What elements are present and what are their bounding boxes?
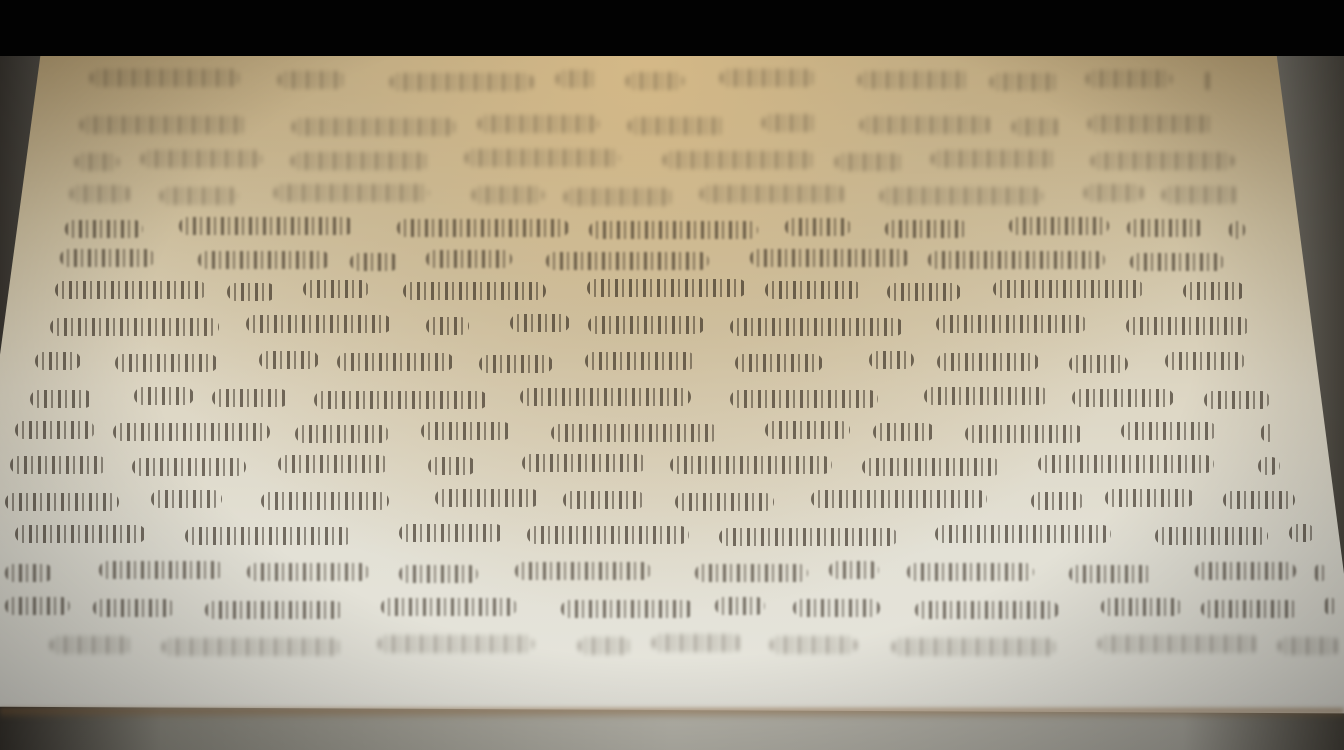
handwriting-word: [1183, 282, 1245, 300]
handwriting-word: [80, 116, 247, 134]
handwriting-word: [428, 457, 476, 475]
handwriting-word: [1204, 391, 1270, 409]
handwriting-word: [515, 562, 651, 580]
handwriting-word: [862, 458, 1001, 476]
handwriting-word: [1195, 562, 1296, 580]
handwriting-word: [378, 635, 534, 653]
handwriting-word: [715, 597, 765, 615]
handwriting-word: [426, 250, 512, 268]
handwriting-word: [873, 423, 935, 441]
handwriting-word: [907, 563, 1034, 581]
handwriting-word: [546, 252, 709, 270]
handwriting-word: [1091, 152, 1234, 170]
handwriting-word: [1261, 424, 1275, 442]
handwriting-word: [915, 601, 1059, 619]
handwriting-word: [246, 315, 392, 333]
handwriting-word: [700, 185, 846, 203]
handwriting-word: [15, 525, 146, 543]
handwriting-word: [212, 389, 289, 407]
handwriting-word: [585, 352, 696, 370]
handwriting-word: [5, 597, 70, 615]
handwriting-word: [60, 249, 155, 267]
handwriting-word: [1009, 217, 1109, 235]
handwriting-word: [397, 219, 569, 237]
handwriting-word: [588, 316, 705, 334]
handwriting-word: [113, 423, 270, 441]
handwriting-word: [652, 634, 742, 652]
handwriting-word: [478, 115, 599, 133]
handwriting-word: [278, 71, 345, 89]
handwriting-word: [931, 150, 1057, 168]
handwriting-word: [75, 153, 119, 171]
handwriting-word: [350, 253, 399, 271]
handwriting-word: [770, 636, 857, 654]
handwriting-word: [399, 565, 478, 583]
handwriting-word: [1201, 600, 1299, 618]
handwriting-word: [115, 354, 218, 372]
handwriting-word: [578, 637, 631, 655]
handwriting-word: [527, 526, 689, 544]
handwriting-word: [390, 73, 534, 91]
handwriting-word: [198, 251, 330, 269]
handwriting-word: [1229, 221, 1245, 239]
handwriting-word: [50, 318, 219, 336]
handwriting-word: [65, 220, 143, 238]
handwriting-word: [381, 598, 517, 616]
handwriting-word: [50, 636, 132, 654]
handwriting-word: [892, 638, 1056, 656]
handwriting-word: [35, 352, 81, 370]
handwriting-word: [15, 421, 95, 439]
handwriting-word: [626, 72, 684, 90]
handwriting-word: [551, 424, 719, 442]
handwriting-word: [10, 456, 107, 474]
handwriting-word: [1084, 184, 1144, 202]
handwriting-word: [522, 454, 647, 472]
handwriting-word: [291, 152, 429, 170]
handwriting-word: [937, 353, 1039, 371]
handwriting-word: [403, 282, 546, 300]
handwriting-word: [1206, 72, 1210, 90]
handwriting-word: [720, 69, 815, 87]
handwriting-word: [274, 184, 429, 202]
handwriting-word: [151, 490, 222, 508]
handwriting-word: [30, 390, 93, 408]
handwriting-word: [936, 315, 1087, 333]
handwriting-word: [589, 221, 758, 239]
handwriting-word: [556, 70, 597, 88]
handwriting-word: [793, 599, 880, 617]
handwriting-word: [928, 251, 1105, 269]
handwriting-word: [160, 187, 238, 205]
handwriting-word: [132, 458, 246, 476]
handwriting-word: [1069, 355, 1128, 373]
handwriting-word: [55, 281, 207, 299]
handwriting-word: [292, 118, 456, 136]
handwriting-word: [765, 281, 862, 299]
handwriting-word: [829, 561, 879, 579]
handwriting-word: [785, 218, 851, 236]
handwriting-word: [337, 353, 454, 371]
handwriting-word: [426, 317, 469, 335]
handwriting-word: [860, 116, 992, 134]
handwriting-word: [880, 187, 1043, 205]
handwriting-word: [1315, 564, 1325, 582]
handwriting-word: [924, 387, 1049, 405]
handwriting-word: [730, 390, 878, 408]
handwriting-word: [5, 493, 119, 511]
handwriting-word: [835, 153, 904, 171]
handwriting-word: [1325, 597, 1335, 615]
handwriting-word: [259, 351, 319, 369]
handwriting-word: [1069, 565, 1153, 583]
handwriting-word: [1289, 524, 1315, 542]
handwriting-word: [719, 528, 898, 546]
handwriting-word: [1088, 115, 1214, 133]
handwriting-word: [1258, 457, 1280, 475]
handwriting-word: [675, 493, 774, 511]
handwriting-word: [628, 117, 726, 135]
handwriting-word: [564, 188, 673, 206]
handwriting-word: [735, 354, 823, 372]
handwriting-word: [162, 638, 341, 656]
handwriting-word: [421, 422, 512, 440]
handwriting-word: [435, 489, 540, 507]
handwriting-word: [869, 351, 914, 369]
handwriting-word: [472, 186, 544, 204]
handwriting-word: [1155, 527, 1268, 545]
handwriting-word: [520, 388, 691, 406]
handwriting-word: [765, 421, 850, 439]
handwriting-word: [887, 283, 961, 301]
handwriting-word: [261, 492, 389, 510]
handwriting-word: [314, 391, 488, 409]
handwriting-word: [1121, 422, 1217, 440]
handwriting-word: [1223, 491, 1295, 509]
handwriting-word: [965, 425, 1084, 443]
handwriting-word: [510, 314, 570, 332]
handwriting-word: [811, 490, 987, 508]
handwriting-word: [663, 151, 815, 169]
handwriting-word: [1031, 492, 1084, 510]
handwriting-word: [750, 249, 910, 267]
handwriting-word: [5, 564, 53, 582]
handwriting-word: [1086, 70, 1172, 88]
handwriting-word: [1130, 253, 1224, 271]
handwriting-word: [1162, 186, 1239, 204]
handwriting-word: [1072, 389, 1174, 407]
handwriting-word: [227, 283, 276, 301]
handwriting-word: [247, 563, 369, 581]
handwriting-word: [1165, 352, 1245, 370]
handwriting-word: [465, 149, 620, 167]
handwriting-word: [587, 279, 747, 297]
handwriting-word: [885, 220, 968, 238]
handwriting-word: [90, 69, 240, 87]
handwriting-word: [179, 217, 354, 235]
handwriting-word: [563, 491, 645, 509]
handwriting-word: [1105, 489, 1195, 507]
handwriting-word: [1038, 455, 1214, 473]
paper-bottom-edge: [0, 708, 1344, 720]
dark-top-band: [0, 0, 1344, 56]
handwriting-word: [295, 425, 389, 443]
handwriting-word: [205, 601, 344, 619]
handwriting-word: [1098, 635, 1259, 653]
handwriting-word: [935, 525, 1111, 543]
handwriting-word: [1127, 219, 1204, 237]
handwriting-word: [303, 280, 369, 298]
handwriting-word: [141, 150, 262, 168]
handwriting-word: [134, 387, 194, 405]
handwriting-word: [670, 456, 832, 474]
handwriting-word: [99, 561, 224, 579]
handwriting-word: [561, 600, 694, 618]
handwriting-word: [93, 599, 175, 617]
handwriting-word: [479, 355, 553, 373]
handwriting-word: [858, 71, 970, 89]
handwriting-word: [1278, 637, 1340, 655]
handwriting-word: [185, 527, 353, 545]
handwriting-word: [990, 73, 1059, 91]
handwriting-word: [1126, 317, 1250, 335]
handwriting-word: [762, 114, 817, 132]
handwriting-word: [1012, 118, 1061, 136]
handwriting-word: [70, 185, 131, 203]
handwriting-word: [730, 318, 904, 336]
handwriting-word: [1101, 598, 1182, 616]
handwriting-word: [695, 564, 808, 582]
handwriting-word: [993, 280, 1144, 298]
handwriting-word: [399, 524, 504, 542]
handwriting-word: [278, 455, 389, 473]
